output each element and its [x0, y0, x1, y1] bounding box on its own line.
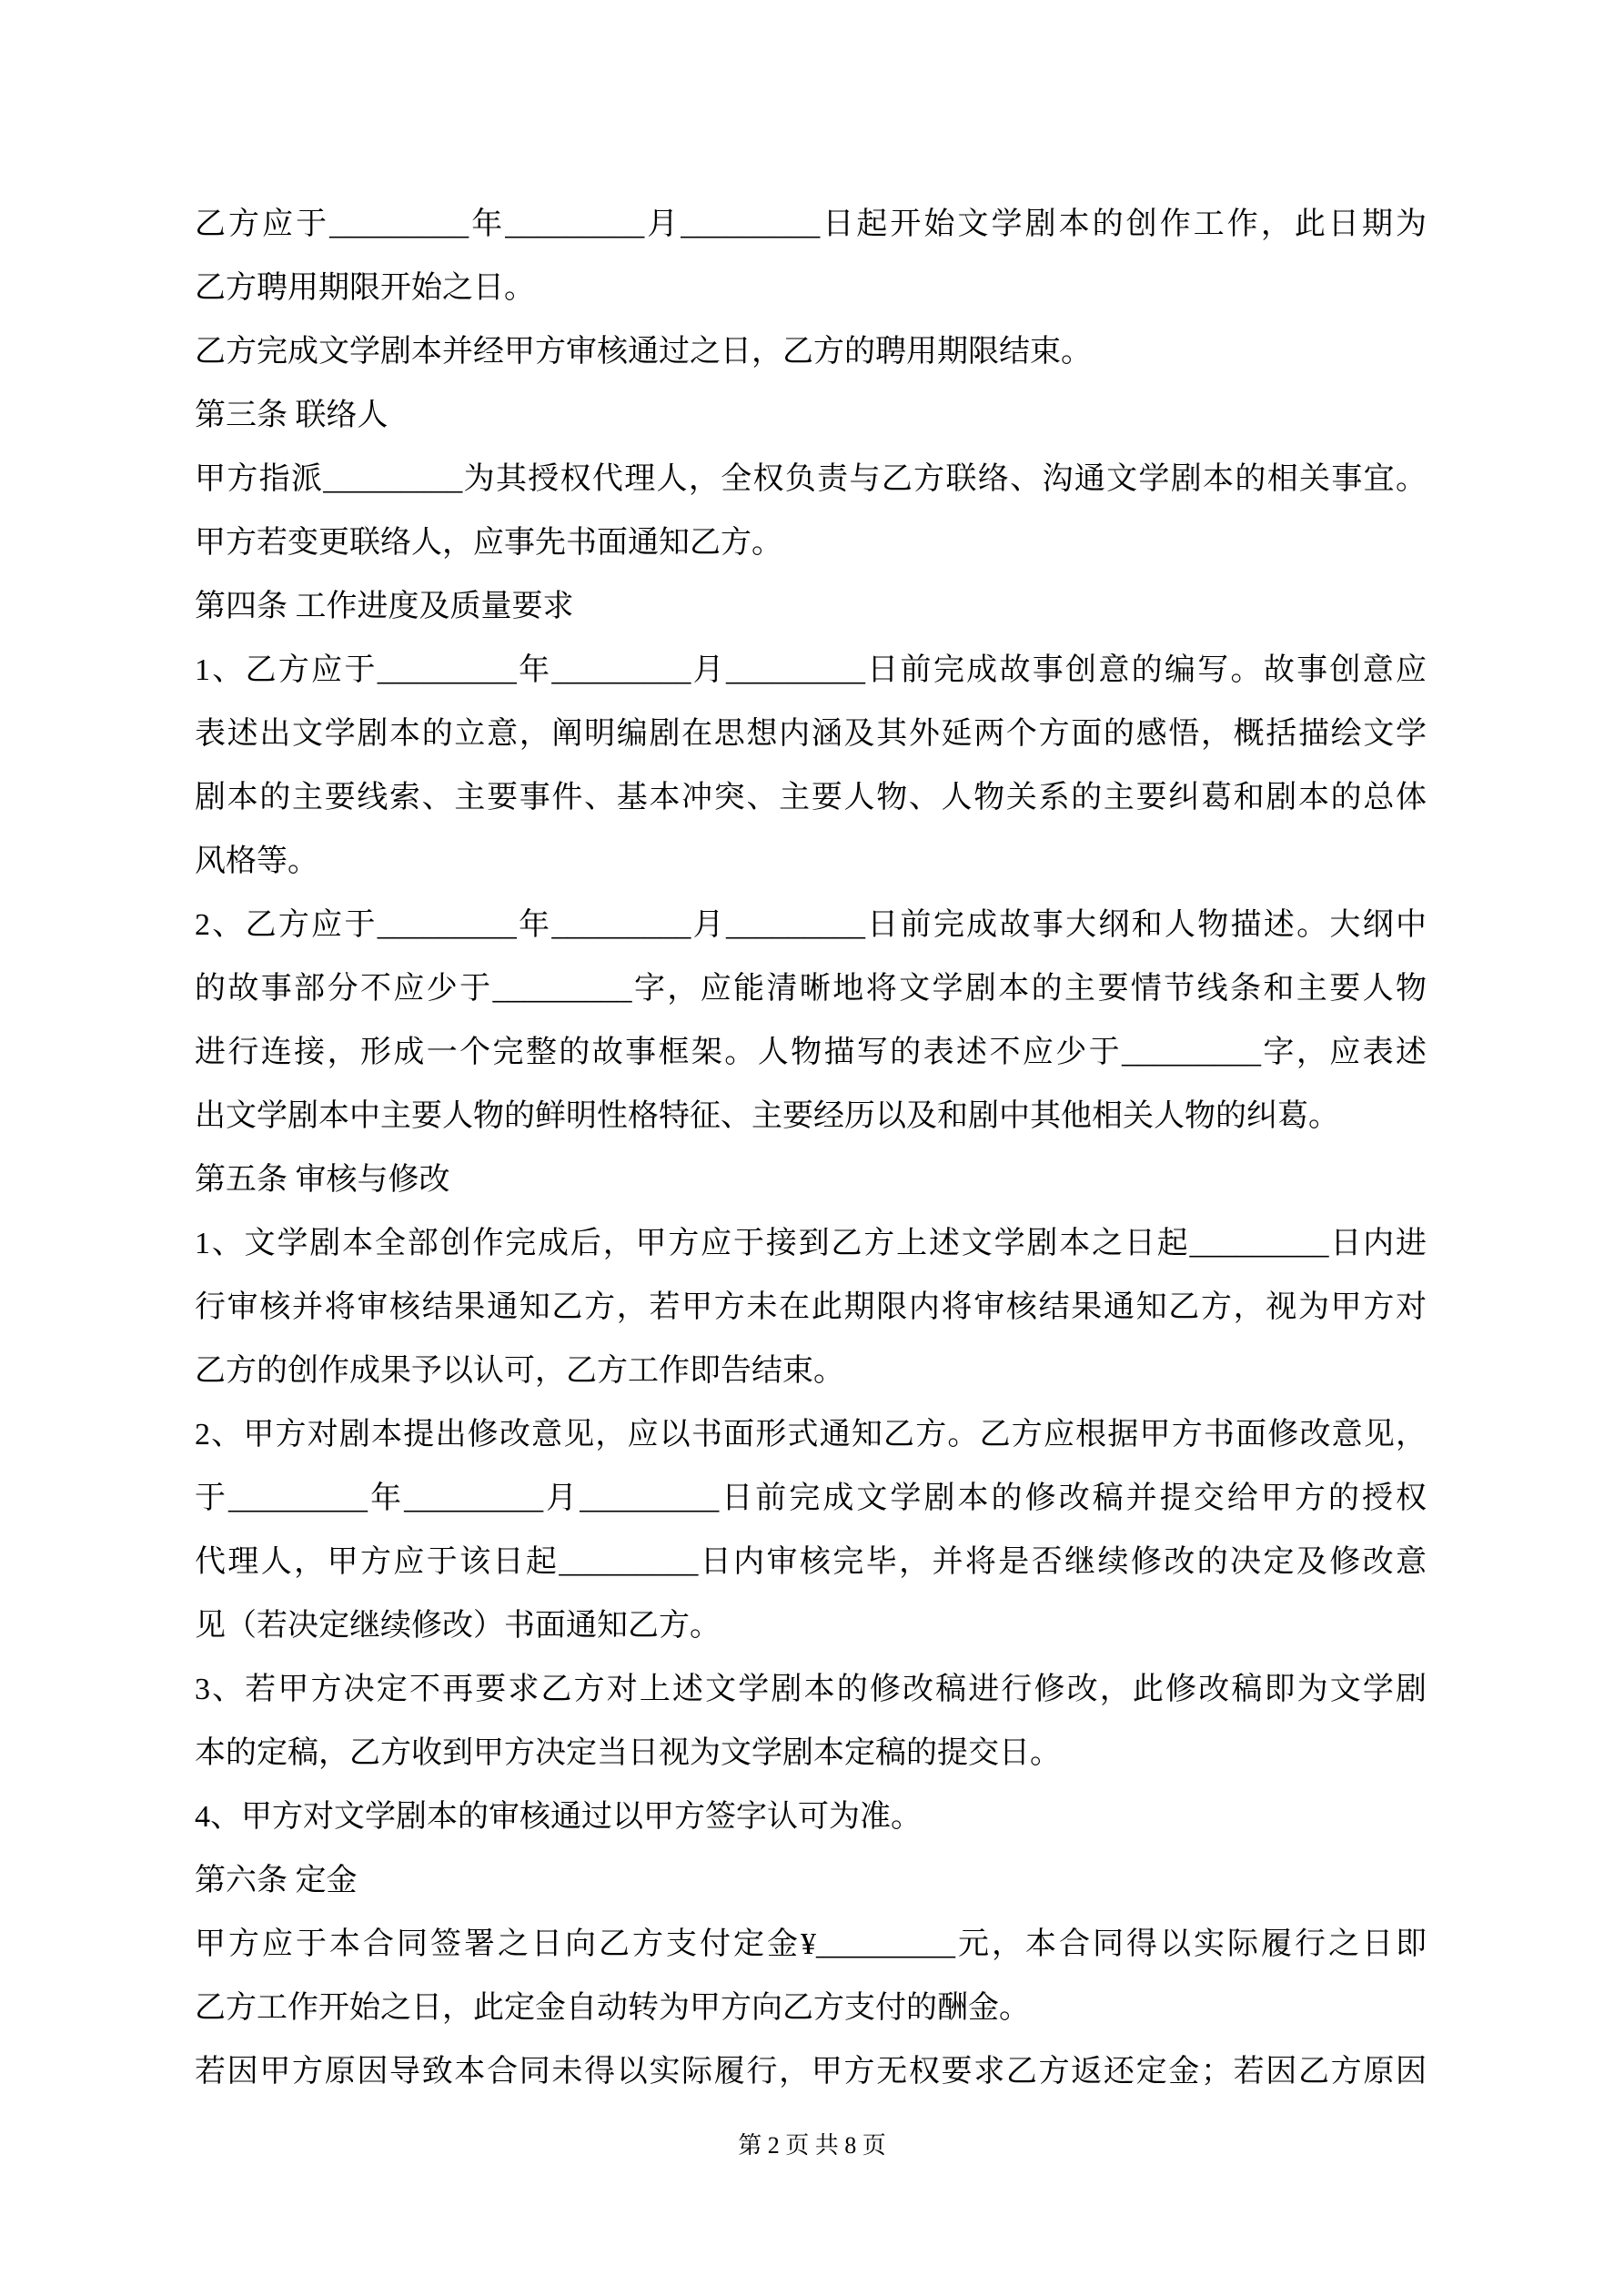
document-line: 风格等。 [195, 830, 1427, 894]
document-line: 的故事部分不应少于_________字，应能清晰地将文学剧本的主要情节线条和主要… [195, 957, 1427, 1021]
document-line: 乙方完成文学剧本并经甲方审核通过之日，乙方的聘用期限结束。 [195, 320, 1427, 384]
document-line: 本的定稿，乙方收到甲方决定当日视为文学剧本定稿的提交日。 [195, 1722, 1427, 1785]
document-line: 剧本的主要线索、主要事件、基本冲突、主要人物、人物关系的主要纠葛和剧本的总体 [195, 766, 1427, 830]
document-line: 1、文学剧本全部创作完成后，甲方应于接到乙方上述文学剧本之日起_________… [195, 1212, 1427, 1276]
document-line: 甲方若变更联络人，应事先书面通知乙方。 [195, 511, 1427, 575]
document-line: 行审核并将审核结果通知乙方，若甲方未在此期限内将审核结果通知乙方，视为甲方对 [195, 1276, 1427, 1340]
document-line: 乙方工作开始之日，此定金自动转为甲方向乙方支付的酬金。 [195, 1977, 1427, 2040]
document-line: 进行连接，形成一个完整的故事框架。人物描写的表述不应少于_________字，应… [195, 1021, 1427, 1085]
document-line: 表述出文学剧本的立意，阐明编剧在思想内涵及其外延两个方面的感悟，概括描绘文学 [195, 703, 1427, 766]
document-line: 若因甲方原因导致本合同未得以实际履行，甲方无权要求乙方返还定金；若因乙方原因 [195, 2040, 1427, 2104]
document-line: 3、若甲方决定不再要求乙方对上述文学剧本的修改稿进行修改，此修改稿即为文学剧 [195, 1658, 1427, 1722]
document-line: 第四条 工作进度及质量要求 [195, 575, 1427, 639]
page-number-footer: 第 2 页 共 8 页 [0, 2128, 1624, 2164]
document-body: 乙方应于_________年_________月_________日起开始文学剧… [195, 193, 1427, 2104]
document-line: 1、乙方应于_________年_________月_________日前完成故… [195, 639, 1427, 703]
document-line: 甲方应于本合同签署之日向乙方支付定金¥_________元，本合同得以实际履行之… [195, 1913, 1427, 1977]
document-line: 2、甲方对剧本提出修改意见，应以书面形式通知乙方。乙方应根据甲方书面修改意见， [195, 1403, 1427, 1467]
document-line: 出文学剧本中主要人物的鲜明性格特征、主要经历以及和剧中其他相关人物的纠葛。 [195, 1085, 1427, 1148]
document-line: 第三条 联络人 [195, 384, 1427, 448]
document-line: 见（若决定继续修改）书面通知乙方。 [195, 1594, 1427, 1658]
document-line: 甲方指派_________为其授权代理人，全权负责与乙方联络、沟通文学剧本的相关… [195, 448, 1427, 511]
document-line: 第五条 审核与修改 [195, 1148, 1427, 1212]
document-line: 于_________年_________月_________日前完成文学剧本的修… [195, 1467, 1427, 1531]
document-line: 2、乙方应于_________年_________月_________日前完成故… [195, 894, 1427, 957]
document-line: 第六条 定金 [195, 1849, 1427, 1913]
document-line: 乙方的创作成果予以认可，乙方工作即告结束。 [195, 1340, 1427, 1403]
document-line: 代理人，甲方应于该日起_________日内审核完毕，并将是否继续修改的决定及修… [195, 1531, 1427, 1594]
document-line: 乙方聘用期限开始之日。 [195, 257, 1427, 320]
document-line: 4、甲方对文学剧本的审核通过以甲方签字认可为准。 [195, 1785, 1427, 1849]
document-line: 乙方应于_________年_________月_________日起开始文学剧… [195, 193, 1427, 257]
contract-document-page: 乙方应于_________年_________月_________日起开始文学剧… [0, 0, 1624, 2296]
